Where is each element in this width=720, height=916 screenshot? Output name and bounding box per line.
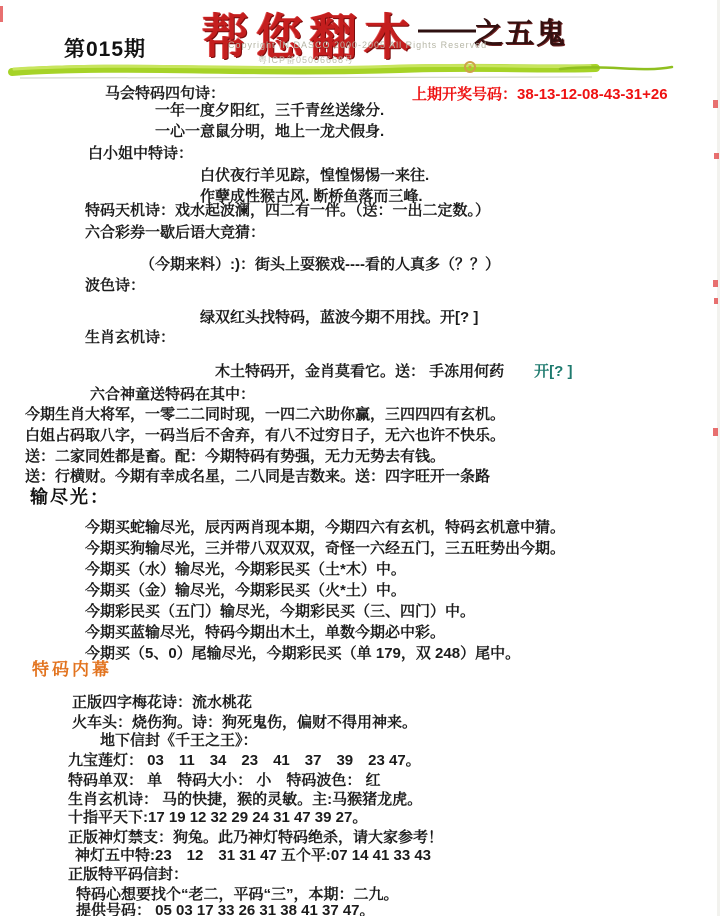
line-tianji-poem: 特码天机诗：戏水起波澜，四二有一伴。（送：一出二定数。）: [85, 203, 490, 218]
neimu-line: 特码单双： 单 特码大小： 小 特码波色： 红: [68, 773, 381, 788]
poem-line-composite: 木土特码开，金肖莫看它。送： 手冻用何药开[? ]: [215, 364, 573, 379]
shujinguang-line: 今期买（水）输尽光，今期彩民买（土*木）中。: [85, 562, 406, 577]
section-heading-shujinguang: 输尽光：: [30, 488, 110, 506]
section-label-shengxiao: 生肖玄机诗：: [85, 330, 175, 345]
edge-mark: [714, 298, 718, 304]
neimu-line: 特码心想要找个“老二，平码“三”，本期：二九。: [76, 887, 399, 902]
section-label-shentong: 六合神童送特码在其中：: [90, 387, 255, 402]
section-label-xinfeng: 正版特平码信封：: [68, 867, 188, 882]
lottery-tip-sheet: 第015期 帮您翻本——之五鬼 Copyright IN DASCO 2000-…: [0, 0, 720, 916]
shujinguang-line: 今期买蛇输尽光，辰丙两肖现本期，今期四六有玄机，特码玄机意中猜。: [85, 520, 565, 535]
last-draw-numbers: 上期开奖号码：38-13-12-08-43-31+26: [412, 83, 668, 104]
section-label-bose: 波色诗：: [85, 278, 145, 293]
neimu-numbers-line: 九宝莲灯： 03 11 34 23 41 37 39 23 47。: [68, 753, 421, 768]
neimu-line: 火车头：烧伤狗。诗：狗死鬼伤，偏财不得用神来。: [72, 715, 417, 730]
copyright-watermark: Copyright IN DASCO 2000-2005 All Rights …: [228, 40, 487, 50]
section-label-baixiaojie: 白小姐中特诗：: [88, 146, 193, 161]
poem-line: 一年一度夕阳红，三千青丝送缘分.: [155, 103, 384, 118]
section-heading-temaneimu: 特码内幕: [32, 661, 112, 678]
line-laiLiao: （今期来料）:)：街头上耍猴戏----看的人真多（？？）: [140, 257, 500, 272]
section-label-xiehouyu: 六合彩券一歇后语大竞猜：: [85, 225, 265, 240]
poem-line: 白伏夜行羊见踪，惶惶惕惕一来往.: [200, 168, 429, 183]
shujinguang-line: 今期买狗输尽光，三并带八双双双，奇怪一六经五门，三五旺势出今期。: [85, 541, 565, 556]
title-subtitle: 之五鬼: [474, 16, 567, 50]
last-draw-label: 上期开奖号码：: [412, 86, 517, 103]
shujinguang-line: 今期彩民买（五门）输尽光，今期彩民买（三、四门）中。: [85, 604, 475, 619]
paragraph-line: 送：二家同姓都是畜。配：今期特码有势强，无力无势去有钱。: [25, 449, 445, 464]
poem-line: 绿双红头找特码，蓝波今期不用找。开[? ]: [200, 310, 478, 325]
poem-line-main: 木土特码开，金肖莫看它。送： 手冻用何药: [215, 363, 504, 380]
neimu-line: 地下信封《千王之王》：: [100, 733, 258, 748]
edge-mark: [713, 428, 718, 436]
brush-divider: [0, 58, 720, 84]
last-draw-values: 38-13-12-08-43-31+26: [517, 86, 668, 103]
edge-mark: [0, 6, 3, 22]
neimu-numbers-line: 十指平天下:17 19 12 32 29 24 31 47 39 27。: [68, 810, 367, 825]
paragraph-line: 今期生肖大将军，一零二二同时现，一四二六助你赢，三四四四有玄机。: [25, 407, 505, 422]
neimu-line: 正版四字梅花诗：流水桃花: [72, 695, 252, 710]
neimu-numbers-line: 神灯五中特:23 12 31 31 47 五个平:07 14 41 33 43: [75, 848, 431, 863]
neimu-numbers-line: 提供号码： 05 03 17 33 26 31 38 41 37 47。: [76, 903, 375, 916]
edge-mark: [713, 100, 718, 108]
paragraph-line: 白姐占码取八字，一码当后不舍弃，有八不过穷日子，无六也许不快乐。: [25, 428, 505, 443]
poem-line: 一心一意鼠分明，地上一龙犬假身.: [155, 124, 384, 139]
edge-mark: [714, 153, 719, 159]
page-title: 帮您翻本——之五鬼: [202, 0, 567, 67]
shujinguang-line: 今期买（金）输尽光，今期彩民买（火*土）中。: [85, 583, 406, 598]
neimu-line: 正版神灯禁支：狗兔。此乃神灯特码绝杀，请大家参考！: [68, 830, 443, 845]
neimu-line: 生肖玄机诗： 马的快捷，猴的灵敏。主:马猴猪龙虎。: [68, 792, 422, 807]
paragraph-line: 送：行横财。今期有幸成名星，二八同是吉数来。送：四字旺开一条路: [25, 469, 490, 484]
shujinguang-line: 今期买（5、0）尾输尽光，今期彩民买（单 179，双 248）尾中。: [85, 646, 520, 661]
section-label-mahui: 马会特码四句诗：: [105, 86, 225, 101]
shujinguang-line: 今期买蓝输尽光，特码今期出木土，单数今期必中彩。: [85, 625, 445, 640]
edge-mark: [713, 280, 718, 287]
kai-bracket: 开[? ]: [534, 363, 572, 380]
